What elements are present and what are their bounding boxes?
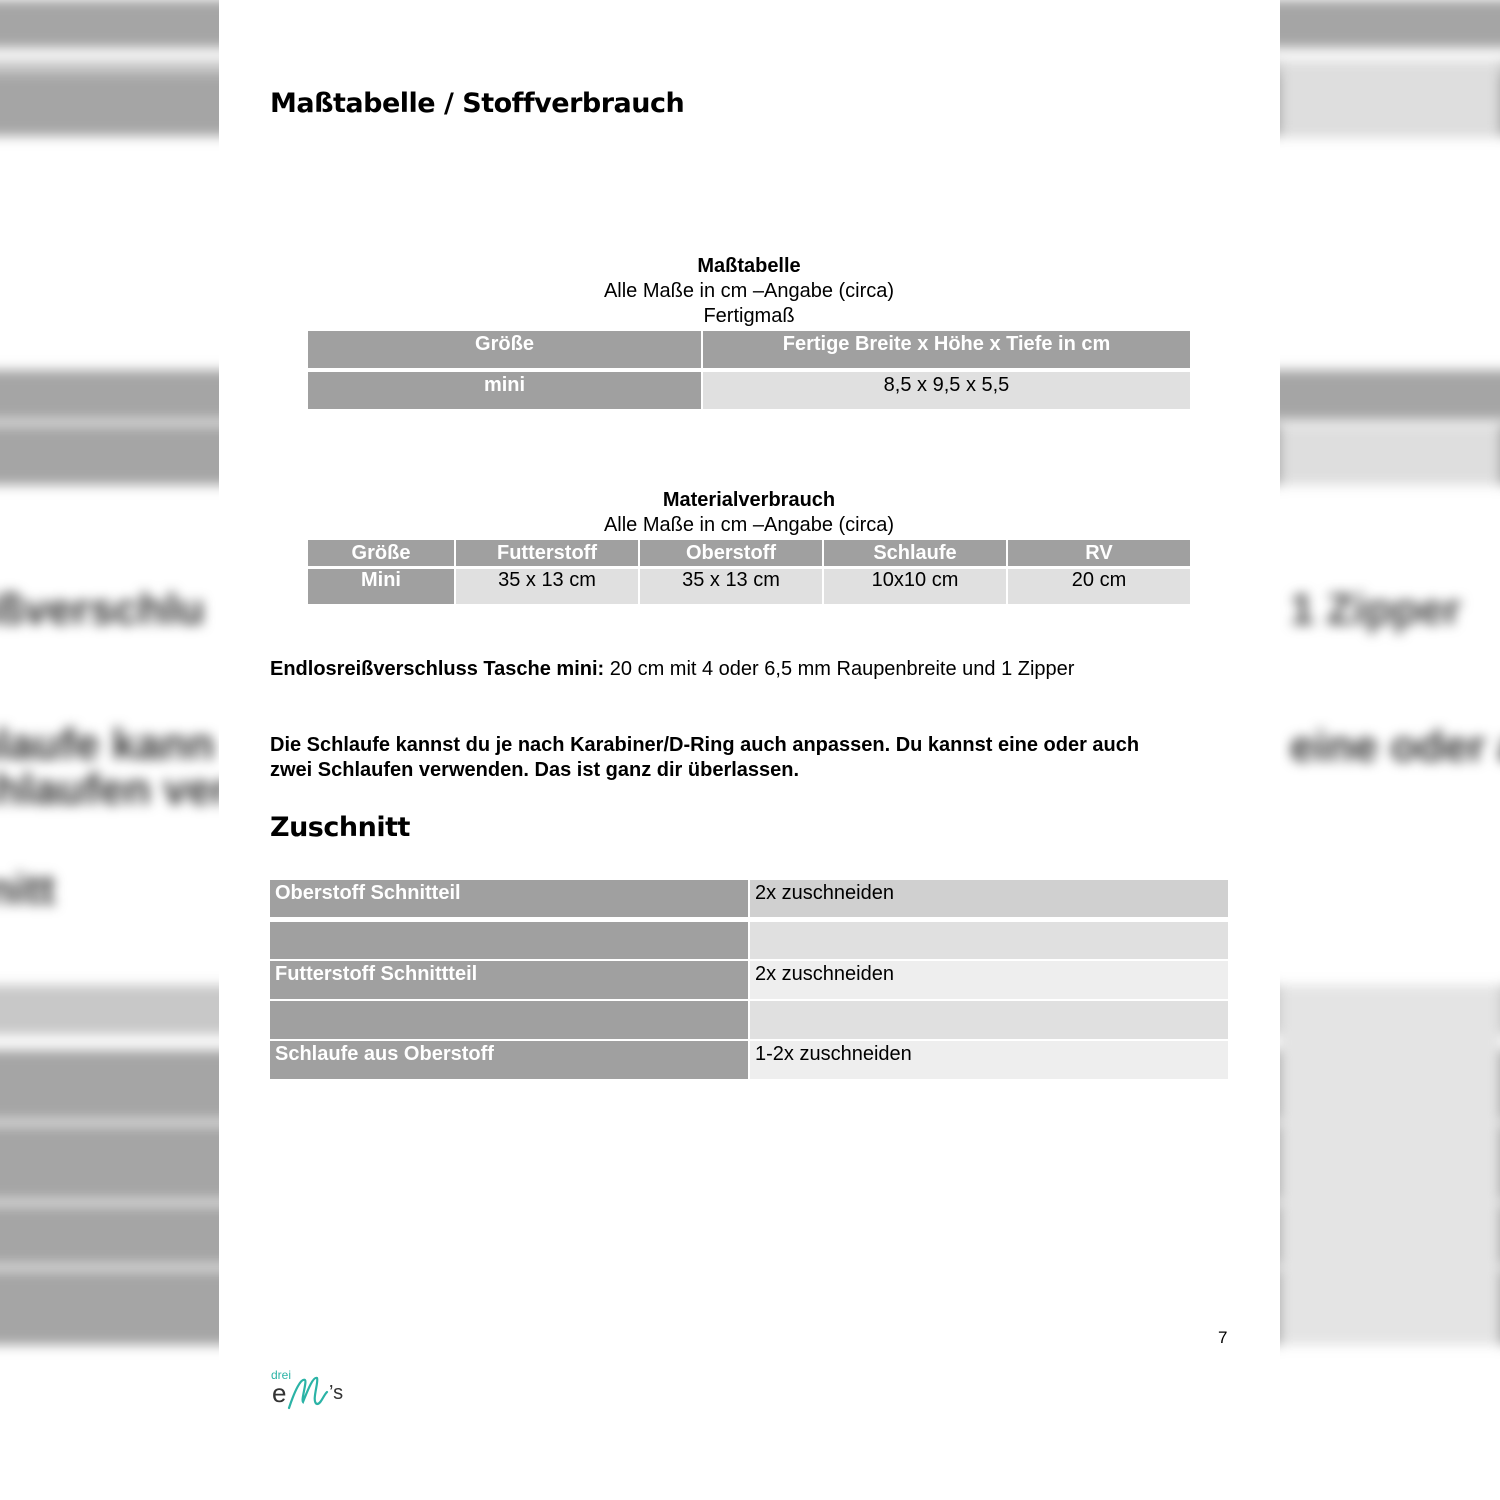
material-table-title: Materialverbrauch (307, 488, 1191, 513)
dreiems-logo-icon: drei e ’s (271, 1368, 351, 1416)
cutting-part-cell (270, 1001, 748, 1039)
table-row: Schlaufe aus Oberstoff 1-2x zuschneiden (270, 1041, 1228, 1079)
outer-fabric-cell: 35 x 13 cm (640, 569, 822, 604)
size-table: Größe Fertige Breite x Höhe x Tiefe in c… (306, 331, 1192, 409)
material-table: Größe Futterstoff Oberstoff Schlaufe RV … (306, 540, 1192, 604)
table-row: Mini 35 x 13 cm 35 x 13 cm 10x10 cm 20 c… (308, 569, 1190, 604)
size-table-title: Maßtabelle (307, 254, 1191, 279)
table-row: Futterstoff Schnittteil 2x zuschneiden (270, 961, 1228, 999)
cutting-part-cell: Schlaufe aus Oberstoff (270, 1041, 748, 1079)
document-page: Maßtabelle / Stoffverbrauch Maßtabelle A… (219, 0, 1280, 1500)
cutting-part-cell: Futterstoff Schnittteil (270, 961, 748, 999)
cutting-part-cell: Oberstoff Schnitteil (270, 880, 748, 917)
table-row (270, 922, 1228, 959)
cutting-qty-cell (750, 1001, 1228, 1039)
dimensions-cell: 8,5 x 9,5 x 5,5 (703, 372, 1190, 409)
logo-e: e (272, 1378, 286, 1409)
page-number: 7 (1218, 1328, 1227, 1348)
material-header: RV (1008, 540, 1190, 566)
material-table-subtitle: Alle Maße in cm –Angabe (circa) (307, 513, 1191, 538)
cutting-qty-cell: 1-2x zuschneiden (750, 1041, 1228, 1079)
cutting-qty-cell (750, 922, 1228, 959)
logo-s: ’s (329, 1382, 343, 1405)
loop-cell: 10x10 cm (824, 569, 1006, 604)
cutting-part-cell (270, 922, 748, 959)
logo-m-swash-icon (287, 1370, 331, 1412)
lining-cell: 35 x 13 cm (456, 569, 638, 604)
size-table-caption: Fertigmaß (307, 304, 1191, 329)
size-table-subtitle: Alle Maße in cm –Angabe (circa) (307, 279, 1191, 304)
cutting-title: Zuschnitt (270, 812, 410, 843)
cutting-qty-cell: 2x zuschneiden (750, 880, 1228, 917)
material-header: Oberstoff (640, 540, 822, 566)
table-row (270, 1001, 1228, 1039)
zipper-note-label: Endlosreißverschluss Tasche mini: (270, 658, 604, 680)
material-header: Futterstoff (456, 540, 638, 566)
material-header: Schlaufe (824, 540, 1006, 566)
zipper-cell: 20 cm (1008, 569, 1190, 604)
material-table-heading: Materialverbrauch Alle Maße in cm –Angab… (307, 488, 1191, 538)
page-title: Maßtabelle / Stoffverbrauch (270, 88, 684, 119)
table-row: Oberstoff Schnitteil 2x zuschneiden (270, 880, 1228, 917)
cutting-qty-cell: 2x zuschneiden (750, 961, 1228, 999)
size-table-header: Fertige Breite x Höhe x Tiefe in cm (703, 331, 1190, 368)
size-table-heading: Maßtabelle Alle Maße in cm –Angabe (circ… (307, 254, 1191, 329)
zipper-note-text: 20 cm mit 4 oder 6,5 mm Raupenbreite und… (604, 658, 1074, 680)
table-row: mini 8,5 x 9,5 x 5,5 (308, 372, 1190, 409)
size-cell: mini (308, 372, 701, 409)
material-header: Größe (308, 540, 454, 566)
loop-note: Die Schlaufe kannst du je nach Karabiner… (270, 733, 1139, 783)
size-cell: Mini (308, 569, 454, 604)
loop-note-line: zwei Schlaufen verwenden. Das ist ganz d… (270, 758, 1139, 783)
loop-note-line: Die Schlaufe kannst du je nach Karabiner… (270, 733, 1139, 758)
zipper-note: Endlosreißverschluss Tasche mini: 20 cm … (270, 657, 1074, 682)
size-table-header: Größe (308, 331, 701, 368)
